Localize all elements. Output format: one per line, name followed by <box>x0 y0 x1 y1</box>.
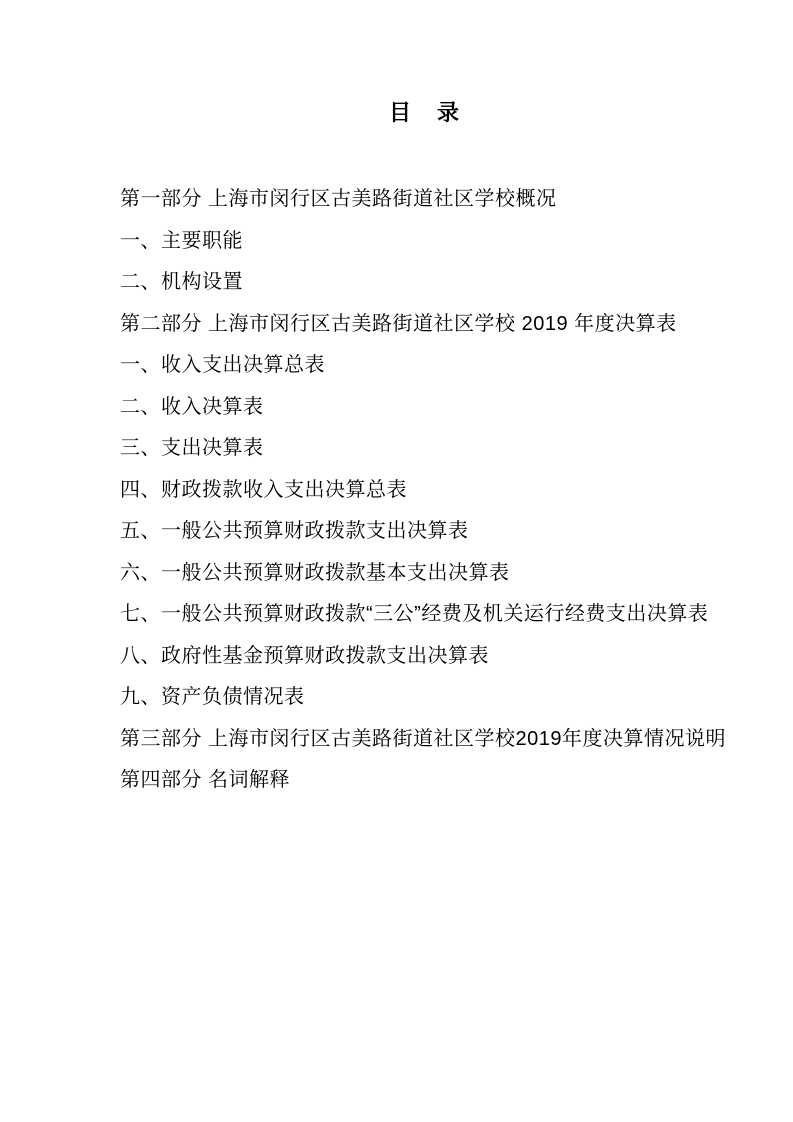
toc-title: 目 录 <box>120 0 730 127</box>
toc-entry-part2: 第二部分 上海市闵行区古美路街道社区学校 2019 年度决算表 <box>120 304 730 346</box>
toc-entry: 一、主要职能 <box>120 221 730 263</box>
toc-entry: 一、收入支出决算总表 <box>120 345 730 387</box>
toc-entry-part3: 第三部分 上海市闵行区古美路街道社区学校2019年度决算情况说明 <box>120 719 730 761</box>
toc-entry: 八、政府性基金预算财政拨款支出决算表 <box>120 636 730 678</box>
toc-list: 第一部分 上海市闵行区古美路街道社区学校概况 一、主要职能 二、机构设置 第二部… <box>120 179 730 802</box>
toc-entry: 三、支出决算表 <box>120 428 730 470</box>
toc-entry: 七、一般公共预算财政拨款“三公”经费及机关运行经费支出决算表 <box>120 594 730 636</box>
toc-entry-part4: 第四部分 名词解释 <box>120 760 730 802</box>
toc-entry: 九、资产负债情况表 <box>120 677 730 719</box>
document-page: 目 录 第一部分 上海市闵行区古美路街道社区学校概况 一、主要职能 二、机构设置… <box>0 0 793 1122</box>
toc-entry: 五、一般公共预算财政拨款支出决算表 <box>120 511 730 553</box>
toc-entry: 二、机构设置 <box>120 262 730 304</box>
toc-entry: 二、收入决算表 <box>120 387 730 429</box>
toc-entry: 六、一般公共预算财政拨款基本支出决算表 <box>120 553 730 595</box>
toc-entry: 四、财政拨款收入支出决算总表 <box>120 470 730 512</box>
toc-entry-part1: 第一部分 上海市闵行区古美路街道社区学校概况 <box>120 179 730 221</box>
page-content: 目 录 第一部分 上海市闵行区古美路街道社区学校概况 一、主要职能 二、机构设置… <box>0 0 793 802</box>
